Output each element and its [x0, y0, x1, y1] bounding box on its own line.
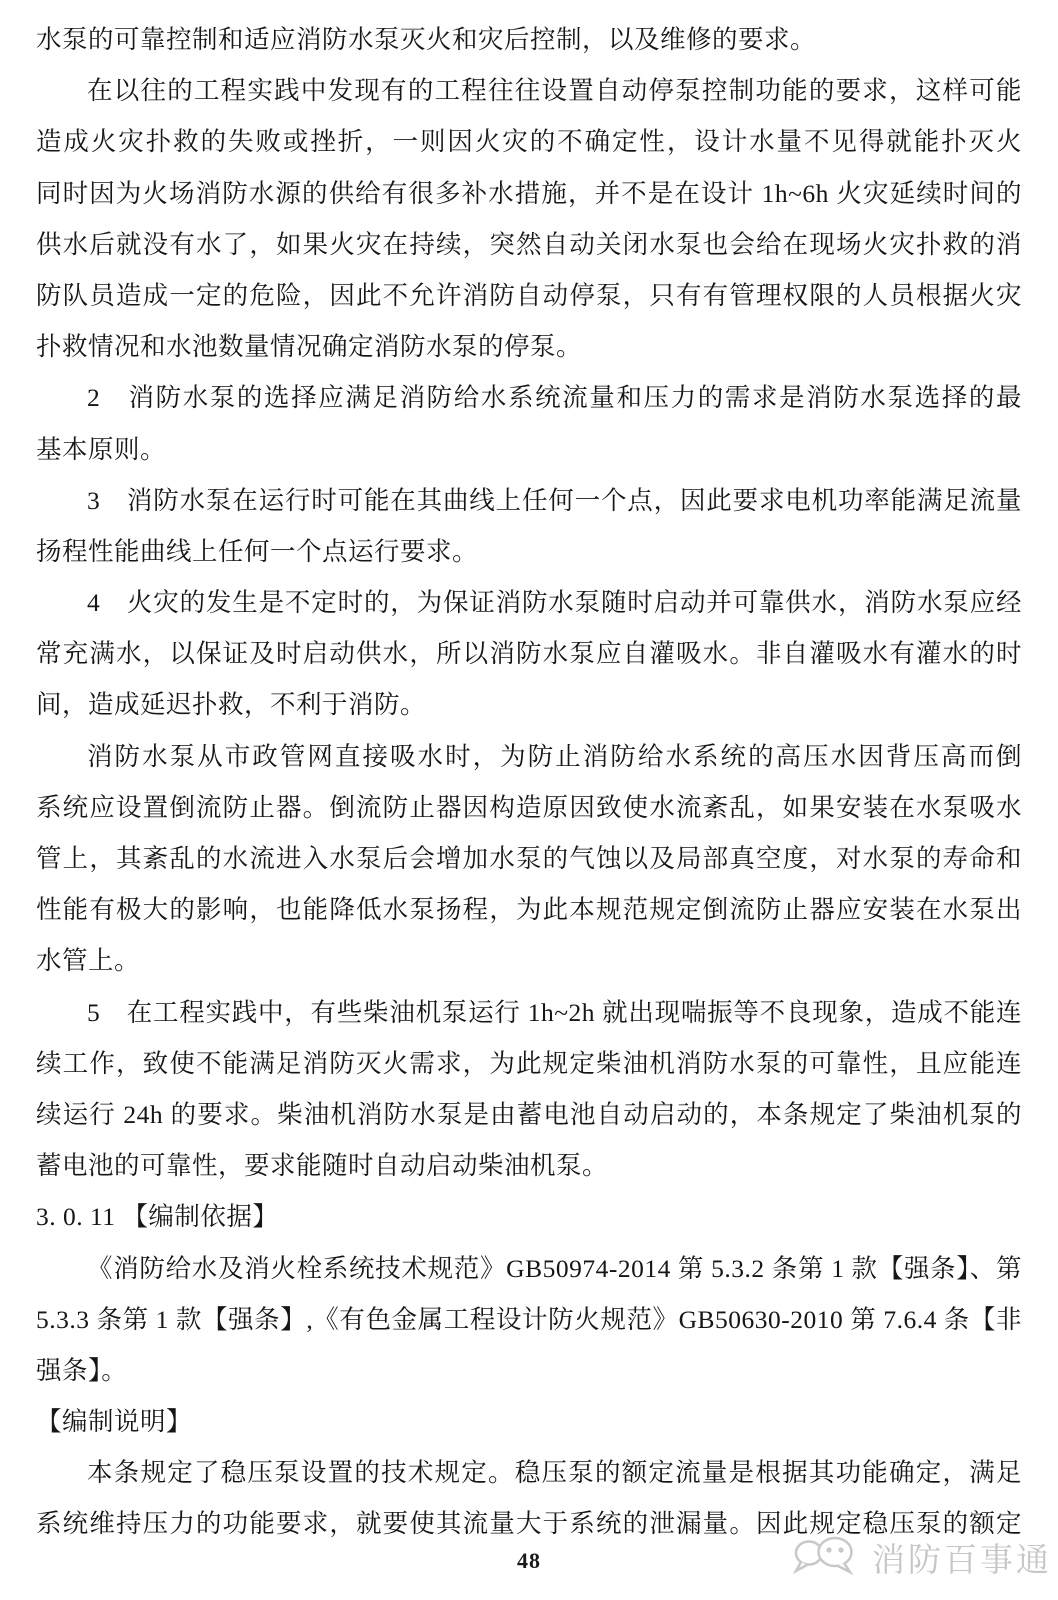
text-line: 5 在工程实践中，有些柴油机泵运行 1h~2h 就出现喘振等不良现象，造成不能连 [36, 987, 1022, 1038]
text-line: 本条规定了稳压泵设置的技术规定。稳压泵的额定流量是根据其功能确定，满足 [36, 1447, 1022, 1498]
text-line: 4 火灾的发生是不定时的，为保证消防水泵随时启动并可靠供水，消防水泵应经 [36, 577, 1022, 628]
wechat-bubbles-icon [792, 1531, 864, 1584]
document-page: 水泵的可靠控制和适应消防水泵灭火和灾后控制，以及维修的要求。在以往的工程实践中发… [0, 0, 1058, 1600]
watermark-text: 消防百事通 [872, 1534, 1052, 1581]
text-line: 3 消防水泵在运行时可能在其曲线上任何一个点，因此要求电机功率能满足流量 [36, 475, 1022, 526]
text-line: 水管上。 [36, 935, 1022, 986]
text-line: 系统应设置倒流防止器。倒流防止器因构造原因致使水流紊乱，如果安装在水泵吸水 [36, 782, 1022, 833]
text-line: 《消防给水及消火栓系统技术规范》GB50974-2014 第 5.3.2 条第 … [36, 1243, 1022, 1294]
text-line: 供水后就没有水了，如果火灾在持续，突然自动关闭水泵也会给在现场火灾扑救的消 [36, 219, 1022, 270]
text-line: 续工作，致使不能满足消防灭火需求，为此规定柴油机消防水泵的可靠性，且应能连 [36, 1038, 1022, 1089]
text-line: 蓄电池的可靠性，要求能随时自动启动柴油机泵。 [36, 1140, 1022, 1191]
text-line: 消防水泵从市政管网直接吸水时，为防止消防给水系统的高压水因背压高而倒灌， [36, 731, 1022, 782]
text-line: 3. 0. 11 【编制依据】 [36, 1191, 1022, 1242]
text-line: 防队员造成一定的危险，因此不允许消防自动停泵，只有有管理权限的人员根据火灾 [36, 270, 1022, 321]
document-body: 水泵的可靠控制和适应消防水泵灭火和灾后控制，以及维修的要求。在以往的工程实践中发… [36, 14, 1022, 1550]
text-line: 【编制说明】 [36, 1396, 1022, 1447]
watermark: 消防百事通 [792, 1531, 1052, 1584]
text-line: 基本原则。 [36, 424, 1022, 475]
text-line: 2 消防水泵的选择应满足消防给水系统流量和压力的需求是消防水泵选择的最 [36, 372, 1022, 423]
text-line: 在以往的工程实践中发现有的工程往往设置自动停泵控制功能的要求，这样可能 [36, 65, 1022, 116]
text-line: 扑救情况和水池数量情况确定消防水泵的停泵。 [36, 321, 1022, 372]
text-line: 管上，其紊乱的水流进入水泵后会增加水泵的气蚀以及局部真空度，对水泵的寿命和 [36, 833, 1022, 884]
text-line: 造成火灾扑救的失败或挫折，一则因火灾的不确定性，设计水量不见得就能扑灭火灾， [36, 116, 1022, 167]
text-line: 扬程性能曲线上任何一个点运行要求。 [36, 526, 1022, 577]
text-line: 强条】。 [36, 1345, 1022, 1396]
text-line: 5.3.3 条第 1 款【强条】,《有色金属工程设计防火规范》GB50630-2… [36, 1294, 1022, 1345]
text-line: 同时因为火场消防水源的供给有很多补水措施，并不是在设计 1h~6h 火灾延续时间… [36, 168, 1022, 219]
text-line: 性能有极大的影响，也能降低水泵扬程，为此本规范规定倒流防止器应安装在水泵出 [36, 884, 1022, 935]
page-number: 48 [517, 1548, 541, 1573]
text-line: 常充满水，以保证及时启动供水，所以消防水泵应自灌吸水。非自灌吸水有灌水的时 [36, 628, 1022, 679]
text-line: 间，造成延迟扑救，不利于消防。 [36, 679, 1022, 730]
text-line: 水泵的可靠控制和适应消防水泵灭火和灾后控制，以及维修的要求。 [36, 14, 1022, 65]
text-line: 续运行 24h 的要求。柴油机消防水泵是由蓄电池自动启动的，本条规定了柴油机泵的 [36, 1089, 1022, 1140]
